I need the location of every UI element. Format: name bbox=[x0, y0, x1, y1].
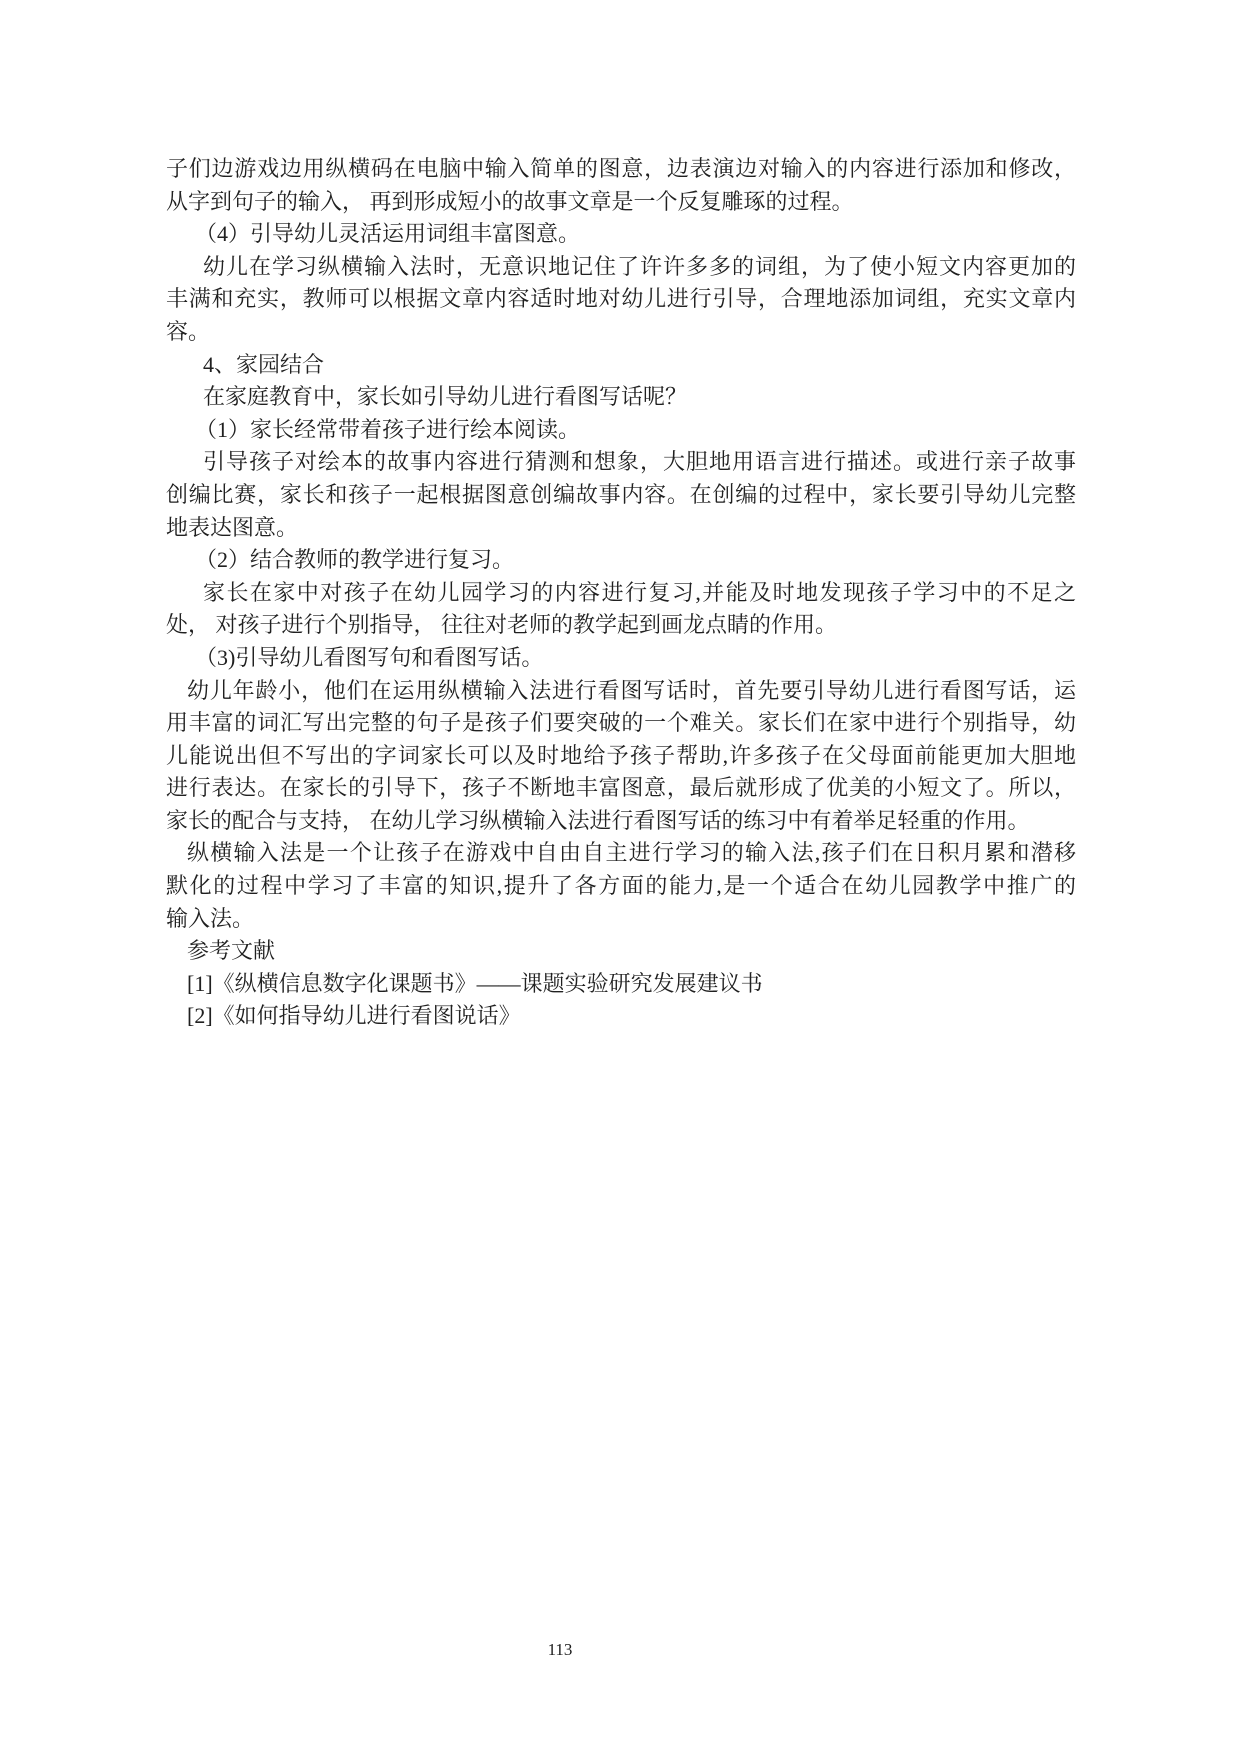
text-line: 在家庭教育中，家长如引导幼儿进行看图写话呢？ bbox=[166, 381, 1076, 414]
text-line: 幼儿年龄小，他们在运用纵横输入法进行看图写话时，首先要引导幼儿进行看图写话，运 bbox=[166, 675, 1076, 708]
document-page: 子们边游戏边用纵横码在电脑中输入简单的图意，边表演边对输入的内容进行添加和修改，… bbox=[0, 0, 1246, 1763]
text-line: 家长在家中对孩子在幼儿园学习的内容进行复习,并能及时地发现孩子学习中的不足之 bbox=[166, 577, 1076, 610]
page-number: 113 bbox=[548, 1640, 573, 1660]
text-line: [1]《纵横信息数字化课题书》——课题实验研究发展建议书 bbox=[166, 968, 1076, 1001]
text-line: 幼儿在学习纵横输入法时，无意识地记住了许许多多的词组，为了使小短文内容更加的 bbox=[166, 251, 1076, 284]
text-line: 引导孩子对绘本的故事内容进行猜测和想象，大胆地用语言进行描述。或进行亲子故事 bbox=[166, 446, 1076, 479]
text-line: （4）引导幼儿灵活运用词组丰富图意。 bbox=[166, 218, 1076, 251]
text-line: 参考文献 bbox=[166, 935, 1076, 968]
text-line: 从字到句子的输入， 再到形成短小的故事文章是一个反复雕琢的过程。 bbox=[166, 186, 1076, 219]
text-line: 默化的过程中学习了丰富的知识,提升了各方面的能力,是一个适合在幼儿园教学中推广的 bbox=[166, 870, 1076, 903]
text-line: 用丰富的词汇写出完整的句子是孩子们要突破的一个难关。家长们在家中进行个别指导，幼 bbox=[166, 707, 1076, 740]
text-line: （1）家长经常带着孩子进行绘本阅读。 bbox=[166, 414, 1076, 447]
text-line: 儿能说出但不写出的字词家长可以及时地给予孩子帮助,许多孩子在父母面前能更加大胆地 bbox=[166, 740, 1076, 773]
text-line: （3)引导幼儿看图写句和看图写话。 bbox=[166, 642, 1076, 675]
text-line: 容。 bbox=[166, 316, 1076, 349]
text-line: [2]《如何指导幼儿进行看图说话》 bbox=[166, 1000, 1076, 1033]
text-line: 4、家园结合 bbox=[166, 349, 1076, 382]
text-line: 创编比赛，家长和孩子一起根据图意创编故事内容。在创编的过程中，家长要引导幼儿完整 bbox=[166, 479, 1076, 512]
text-line: 纵横输入法是一个让孩子在游戏中自由自主进行学习的输入法,孩子们在日积月累和潜移 bbox=[166, 837, 1076, 870]
text-line: 处， 对孩子进行个别指导， 往往对老师的教学起到画龙点睛的作用。 bbox=[166, 609, 1076, 642]
body-text: 子们边游戏边用纵横码在电脑中输入简单的图意，边表演边对输入的内容进行添加和修改，… bbox=[166, 153, 1076, 1033]
text-line: （2）结合教师的教学进行复习。 bbox=[166, 544, 1076, 577]
text-line: 家长的配合与支持， 在幼儿学习纵横输入法进行看图写话的练习中有着举足轻重的作用。 bbox=[166, 805, 1076, 838]
text-line: 丰满和充实，教师可以根据文章内容适时地对幼儿进行引导，合理地添加词组，充实文章内 bbox=[166, 283, 1076, 316]
text-line: 进行表达。在家长的引导下，孩子不断地丰富图意，最后就形成了优美的小短文了。所以， bbox=[166, 772, 1076, 805]
text-line: 地表达图意。 bbox=[166, 512, 1076, 545]
text-line: 输入法。 bbox=[166, 903, 1076, 936]
text-line: 子们边游戏边用纵横码在电脑中输入简单的图意，边表演边对输入的内容进行添加和修改， bbox=[166, 153, 1076, 186]
